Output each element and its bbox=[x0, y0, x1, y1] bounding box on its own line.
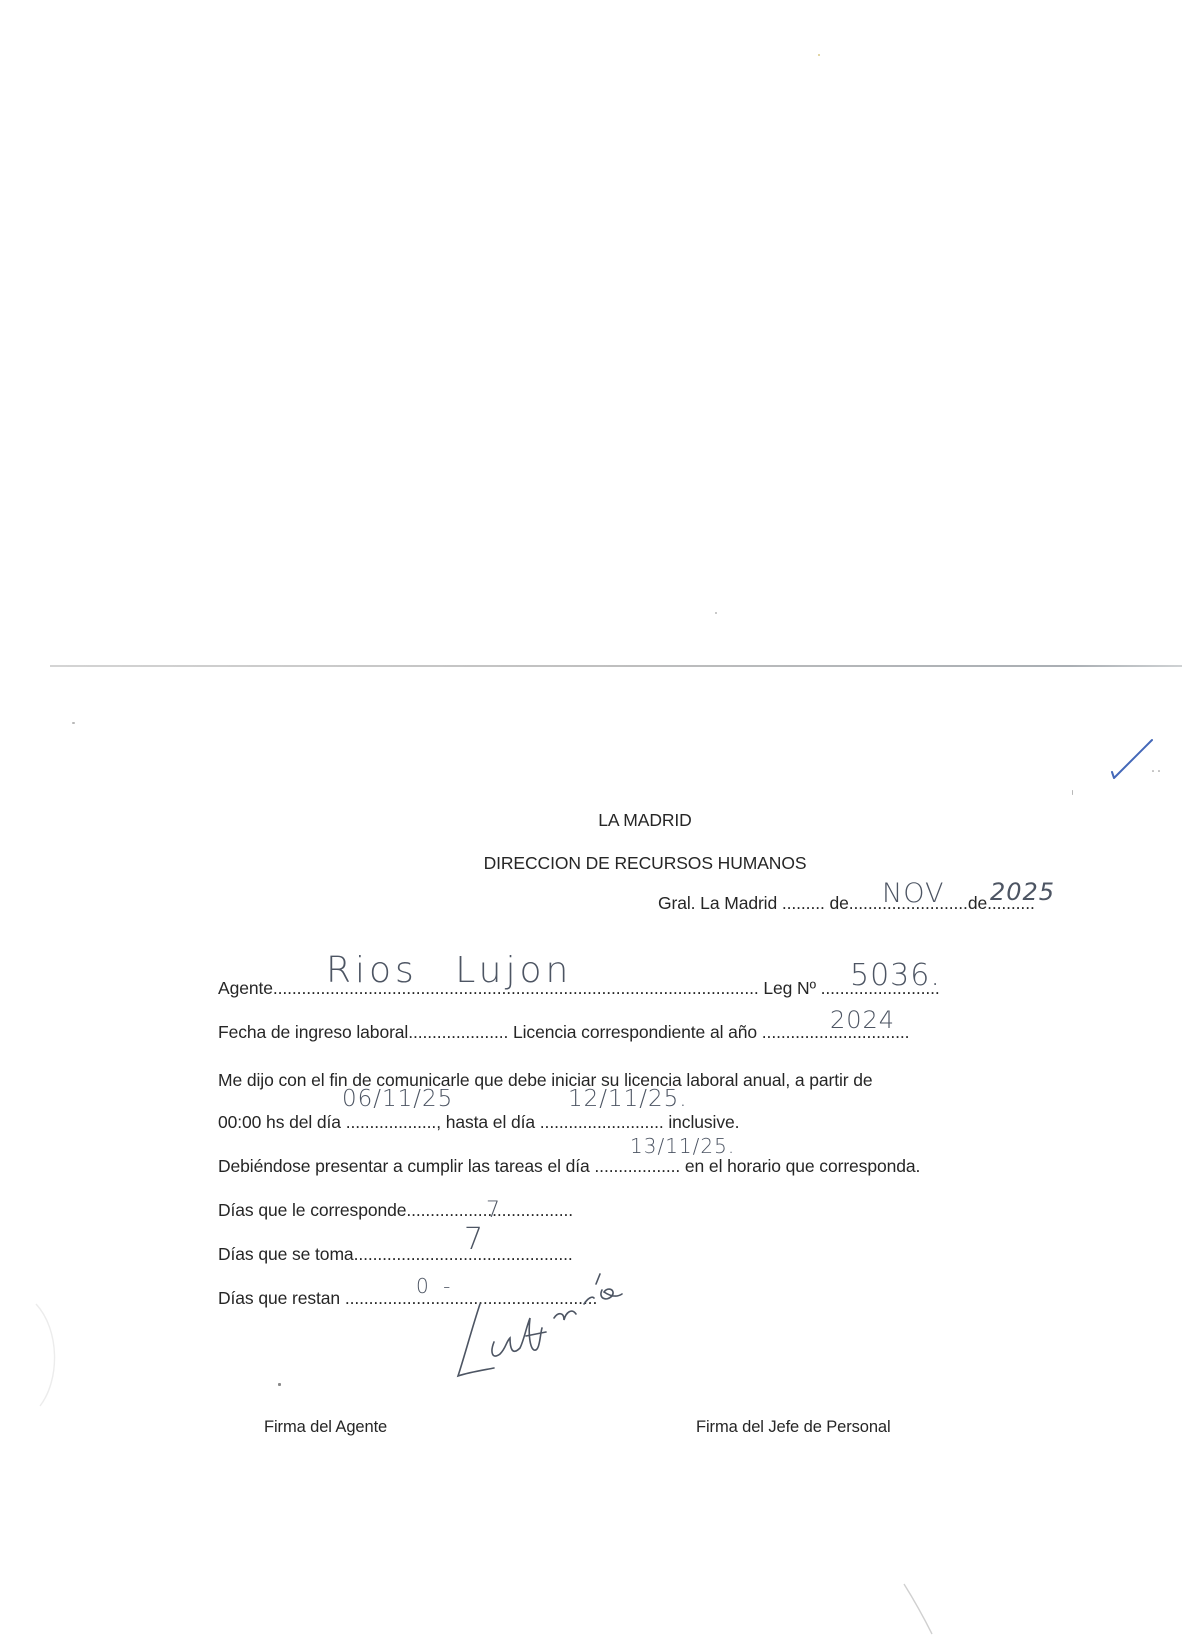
handwritten-licencia-anio: 2024 bbox=[830, 1006, 895, 1034]
date-prefix: Gral. La Madrid ......... de bbox=[658, 893, 849, 913]
date-line: Gral. La Madrid ......... de............… bbox=[658, 893, 1035, 914]
handwritten-presentarse: 13/11/25. bbox=[630, 1134, 735, 1158]
agent-signature bbox=[450, 1268, 660, 1388]
presentarse-label: Debiéndose presentar a cumplir las tarea… bbox=[218, 1156, 590, 1176]
fecha-ingreso-label: Fecha de ingreso laboral bbox=[218, 1022, 408, 1042]
dias-toma-row: Días que se toma........................… bbox=[218, 1244, 573, 1265]
dias-restan-label: Días que restan bbox=[218, 1288, 340, 1308]
desde-field[interactable]: ..................., bbox=[346, 1112, 441, 1132]
handwritten-agente: Rios Lujon bbox=[326, 950, 572, 991]
periodo-row: 00:00 hs del día ..................., ha… bbox=[218, 1112, 739, 1133]
firma-agente-label: Firma del Agente bbox=[264, 1418, 387, 1437]
handwritten-year: 2025 bbox=[990, 878, 1055, 906]
licencia-anio-label: Licencia correspondiente al año bbox=[513, 1022, 757, 1042]
legajo-label: Leg Nº bbox=[763, 978, 816, 998]
year-prefix: de bbox=[968, 893, 987, 913]
page-divider bbox=[50, 665, 1182, 667]
handwritten-dias-restan: 0 - bbox=[416, 1274, 451, 1298]
handwritten-dias-toma: 7 bbox=[464, 1222, 484, 1257]
handwritten-month: NOV bbox=[882, 878, 944, 909]
hasta-field[interactable]: .......................... bbox=[540, 1112, 664, 1132]
handwritten-legajo: 5036. bbox=[850, 958, 941, 993]
hasta-label: hasta el día bbox=[446, 1112, 535, 1132]
presentarse-row: Debiéndose presentar a cumplir las tarea… bbox=[218, 1156, 920, 1177]
ingreso-row: Fecha de ingreso laboral................… bbox=[218, 1022, 909, 1043]
handwritten-dias-corresponde: 7 bbox=[486, 1198, 501, 1223]
presentarse-field[interactable]: .................. bbox=[594, 1156, 680, 1176]
department-title: DIRECCION DE RECURSOS HUMANOS bbox=[0, 853, 1200, 874]
scan-speck bbox=[72, 722, 75, 724]
dias-toma-label: Días que se toma bbox=[218, 1244, 354, 1264]
handwritten-desde: 06/11/25 bbox=[342, 1086, 453, 1112]
scan-speck bbox=[818, 54, 820, 56]
dias-corresponde-row: Días que le corresponde.................… bbox=[218, 1200, 573, 1221]
fecha-ingreso-field[interactable]: ..................... bbox=[408, 1022, 508, 1042]
horario-label: en el horario que corresponda. bbox=[685, 1156, 920, 1176]
scan-speck bbox=[278, 1383, 281, 1386]
scan-stroke-artifact bbox=[900, 1580, 940, 1640]
scan-speck bbox=[715, 612, 717, 614]
agente-label: Agente bbox=[218, 978, 273, 998]
dias-corresponde-label: Días que le corresponde bbox=[218, 1200, 406, 1220]
intro-text: Me dijo con el fin de comunicarle que de… bbox=[218, 1070, 873, 1091]
desde-label: 00:00 hs del día bbox=[218, 1112, 341, 1132]
scan-speck bbox=[1072, 790, 1073, 795]
handwritten-hasta: 12/11/25. bbox=[568, 1086, 688, 1112]
inclusive-label: inclusive. bbox=[668, 1112, 739, 1132]
org-title: LA MADRID bbox=[0, 810, 1200, 831]
firma-jefe-label: Firma del Jefe de Personal bbox=[696, 1418, 891, 1437]
scan-edge-artifact bbox=[30, 1300, 70, 1410]
check-mark-icon bbox=[1108, 738, 1158, 783]
